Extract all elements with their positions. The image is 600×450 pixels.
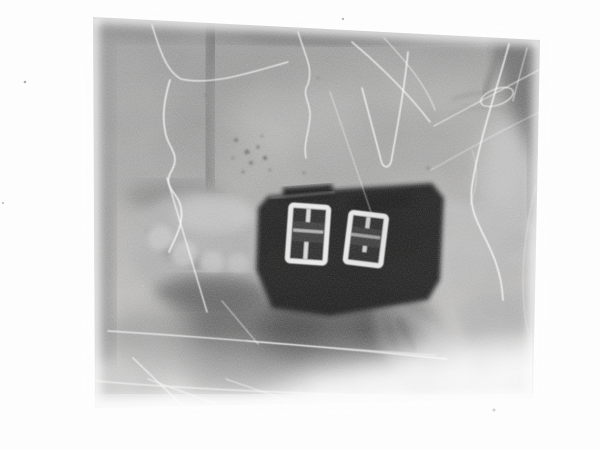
film-grain-2 — [80, 8, 555, 423]
photo-emulsion — [80, 8, 555, 423]
photograph — [0, 0, 600, 450]
scan-background — [0, 0, 600, 450]
